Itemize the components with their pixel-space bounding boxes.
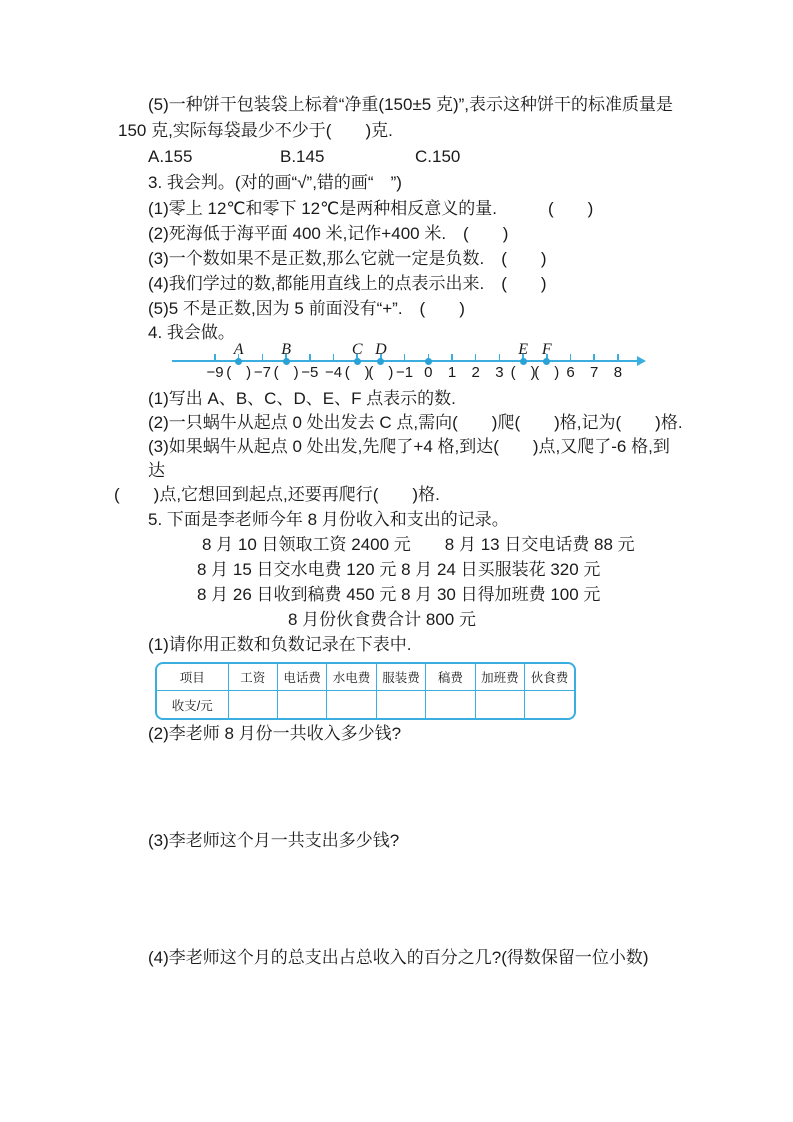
number-line: −9( )−7( )−5−4( )( )−10123( )( )678ABCDE…: [118, 343, 683, 387]
number-line-tick: [309, 354, 311, 360]
table-blank-cell: [327, 691, 376, 719]
number-line-point-dot: [283, 358, 290, 365]
q2-item5-line2: 150 克,实际每袋最少不少于( )克.: [118, 118, 683, 144]
table-blank-cell: [426, 691, 475, 719]
table-blank-cell: [228, 691, 277, 719]
record-table: 项目 工资 电话费 水电费 服装费 稿费 加班费 伙食费 收支/元: [155, 662, 576, 720]
table-value-row: 收支/元: [157, 691, 574, 719]
q4-item-1: (1)写出 A、B、C、D、E、F 点表示的数.: [148, 387, 683, 411]
q4-item-3-continued: ( )点,它想回到起点,还要再爬行( )格.: [114, 483, 683, 507]
worksheet-page: (5)一种饼干包装袋上标着“净重(150±5 克)”,表示这种饼干的标准质量是 …: [0, 0, 793, 1122]
table-row-label: 收支/元: [157, 691, 228, 719]
number-line-tick: [499, 354, 501, 360]
number-line-point-dot: [425, 358, 432, 365]
number-line-arrow-icon: [637, 356, 646, 366]
number-line-point-label: E: [513, 343, 533, 357]
q4-item-3: (3)如果蜗牛从起点 0 处出发,先爬了+4 格,到达( )点,又爬了-6 格,…: [148, 435, 683, 483]
table-header-row: 项目 工资 电话费 水电费 服装费 稿费 加班费 伙食费: [157, 664, 574, 691]
table-header-clothing: 服装费: [376, 664, 425, 691]
q3-title: 3. 我会判。(对的画“√”,错的画“ ”): [148, 170, 683, 196]
table-blank-cell: [277, 691, 326, 719]
number-line-tick: [333, 354, 335, 360]
number-line-tick: [570, 354, 572, 360]
number-line-tick: [404, 354, 406, 360]
q4-item-2: (2)一只蜗牛从起点 0 处出发去 C 点,需向( )爬( )格,记为( )格.: [148, 411, 683, 435]
table-blank-cell: [525, 691, 574, 719]
q3-item-2: (2)死海低于海平面 400 米,记作+400 米. ( ): [148, 221, 683, 246]
number-line-point-dot: [354, 358, 361, 365]
number-line-tick: [262, 354, 264, 360]
table-header-phone: 电话费: [277, 664, 326, 691]
q5-record-3: 8 月 26 日收到稿费 450 元 8 月 30 日得加班费 100 元: [197, 582, 683, 607]
number-line-point-label: D: [371, 343, 391, 357]
q2-item5-options: A.155B.145C.150: [148, 144, 683, 170]
table-header-utilities: 水电费: [327, 664, 376, 691]
q5-record-4: 8 月份伙食费合计 800 元: [288, 607, 683, 632]
number-line-point-dot: [235, 358, 242, 365]
number-line-point-dot: [520, 358, 527, 365]
q5-sub-2: (2)李老师 8 月份一共收入多少钱?: [148, 721, 683, 746]
table-header-food: 伙食费: [525, 664, 574, 691]
number-line-point-label: B: [276, 343, 296, 357]
q3-item-4: (4)我们学过的数,都能用直线上的点表示出来. ( ): [148, 271, 683, 296]
number-line-point-dot: [543, 358, 550, 365]
option-c: C.150: [415, 144, 460, 170]
record-table-grid: 项目 工资 电话费 水电费 服装费 稿费 加班费 伙食费 收支/元: [157, 664, 574, 718]
number-line-tick: [617, 354, 619, 360]
option-b: B.145: [280, 144, 415, 170]
number-line-tick: [593, 354, 595, 360]
q5-sub-4: (4)李老师这个月的总支出占总收入的百分之几?(得数保留一位小数): [148, 945, 683, 970]
q5-record-2: 8 月 15 日交水电费 120 元 8 月 24 日买服装花 320 元: [197, 557, 683, 582]
q3-item-1: (1)零上 12℃和零下 12℃是两种相反意义的量. ( ): [148, 196, 683, 221]
table-blank-cell: [475, 691, 524, 719]
number-line-tick: [451, 354, 453, 360]
table-header-item: 项目: [157, 664, 228, 691]
q2-item5-line1: (5)一种饼干包装袋上标着“净重(150±5 克)”,表示这种饼干的标准质量是: [148, 92, 683, 118]
q4-title: 4. 我会做。: [148, 321, 683, 345]
q5-record-1: 8 月 10 日领取工资 2400 元 8 月 13 日交电话费 88 元: [202, 532, 683, 557]
q5-sub-3: (3)李老师这个月一共支出多少钱?: [148, 828, 683, 853]
number-line-point-dot: [377, 358, 384, 365]
q3-item-5: (5)5 不是正数,因为 5 前面没有“+”. ( ): [148, 296, 683, 321]
option-a: A.155: [148, 144, 280, 170]
table-header-salary: 工资: [228, 664, 277, 691]
q3-item-3: (3)一个数如果不是正数,那么它就一定是负数. ( ): [148, 246, 683, 271]
number-line-tick: [475, 354, 477, 360]
number-line-point-label: F: [537, 343, 557, 357]
number-line-tick-label: 8: [598, 364, 638, 381]
number-line-tick: [214, 354, 216, 360]
table-header-overtime: 加班费: [475, 664, 524, 691]
number-line-point-label: C: [347, 343, 367, 357]
table-header-royalty: 稿费: [426, 664, 475, 691]
q5-sub-1: (1)请你用正数和负数记录在下表中.: [148, 632, 683, 657]
table-blank-cell: [376, 691, 425, 719]
number-line-point-label: A: [229, 343, 249, 357]
q5-title: 5. 下面是李老师今年 8 月份收入和支出的记录。: [148, 507, 683, 532]
